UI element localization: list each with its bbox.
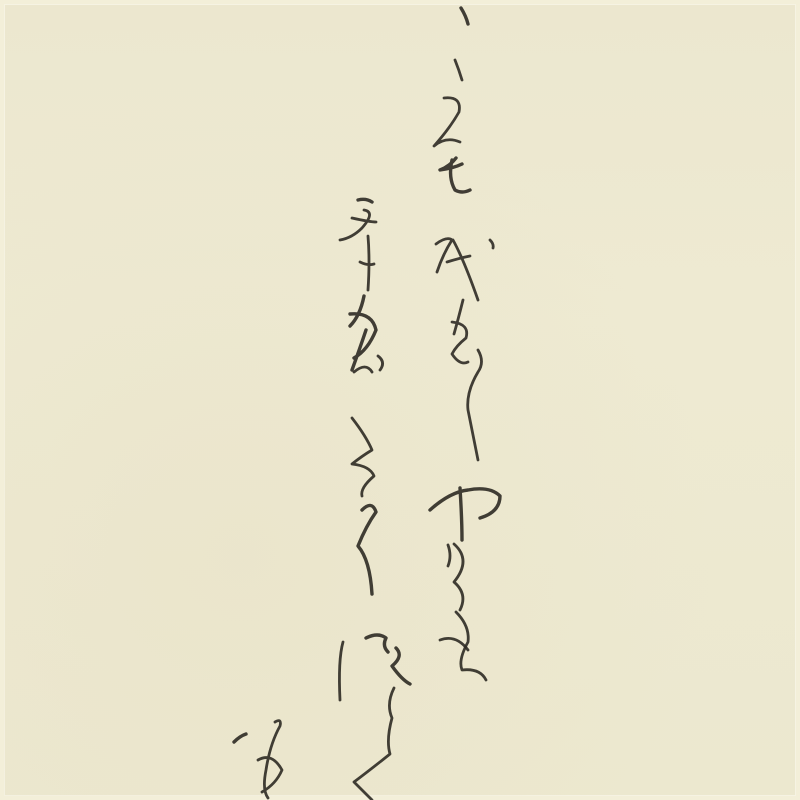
brush-stroke	[339, 642, 343, 700]
brush-stroke	[340, 210, 376, 240]
brush-stroke	[366, 635, 410, 684]
brush-stroke	[234, 734, 246, 742]
photo-frame: Japanese cursive calligraphy (kana/sosho…	[0, 0, 800, 800]
calligraphy-ink	[0, 0, 800, 800]
brush-stroke	[434, 98, 460, 146]
brush-stroke	[455, 60, 462, 80]
brush-stroke	[452, 300, 482, 460]
brush-stroke	[436, 239, 493, 300]
column-left	[234, 721, 282, 798]
brush-stroke	[430, 488, 500, 540]
brush-stroke	[360, 236, 374, 290]
brush-stroke	[354, 356, 383, 372]
column-middle	[339, 199, 382, 700]
column-lower	[354, 635, 410, 800]
brush-stroke	[352, 418, 374, 496]
brush-stroke	[350, 296, 376, 370]
brush-stroke	[358, 505, 376, 594]
brush-stroke	[354, 688, 394, 800]
brush-stroke	[358, 199, 372, 202]
brush-stroke	[461, 8, 468, 24]
column-right	[430, 8, 500, 680]
brush-stroke	[440, 158, 470, 192]
brush-stroke	[258, 721, 282, 798]
brush-stroke	[448, 544, 486, 680]
